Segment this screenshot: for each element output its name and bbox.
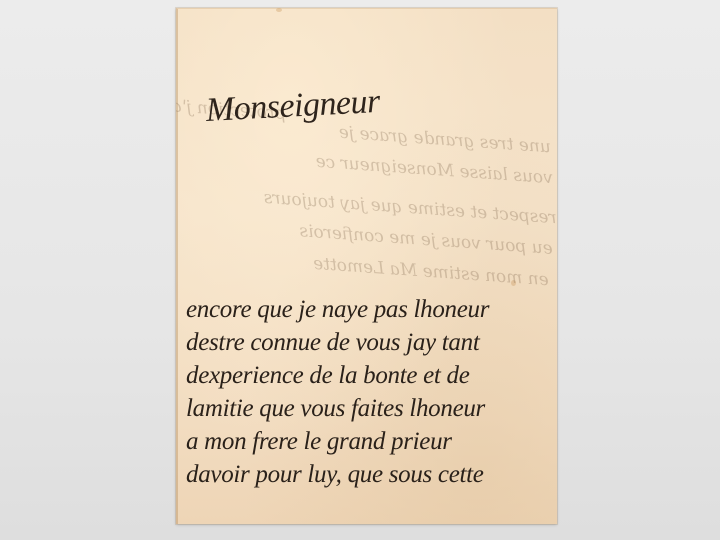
bleed-line: eu pour vous je me confierois [299,221,554,259]
letter-page: protection j'ai une tres grande grace je… [176,8,557,524]
paper-stain [276,8,282,12]
letter-line: destre connue de vous jay tant [186,326,557,359]
letter-line: a mon frere le grand prieur [186,425,557,458]
bleed-line: vous laisse Monseigneur ce [315,152,553,189]
letter-line: lamitie que vous faites lhoneur [186,392,557,425]
letter-body: encore que je naye pas lhoneur destre co… [186,293,557,491]
letter-line: davoir pour luy, que sous cette [186,458,557,491]
salutation: Monseigneur [205,83,381,130]
letter-line: encore que je naye pas lhoneur [186,293,557,326]
bleed-line: une tres grande grace je [338,123,551,158]
bleed-line: respect et estime que jay toujours [263,188,557,228]
letter-line: dexperience de la bonte et de [186,359,557,392]
paper-stain [511,280,516,286]
